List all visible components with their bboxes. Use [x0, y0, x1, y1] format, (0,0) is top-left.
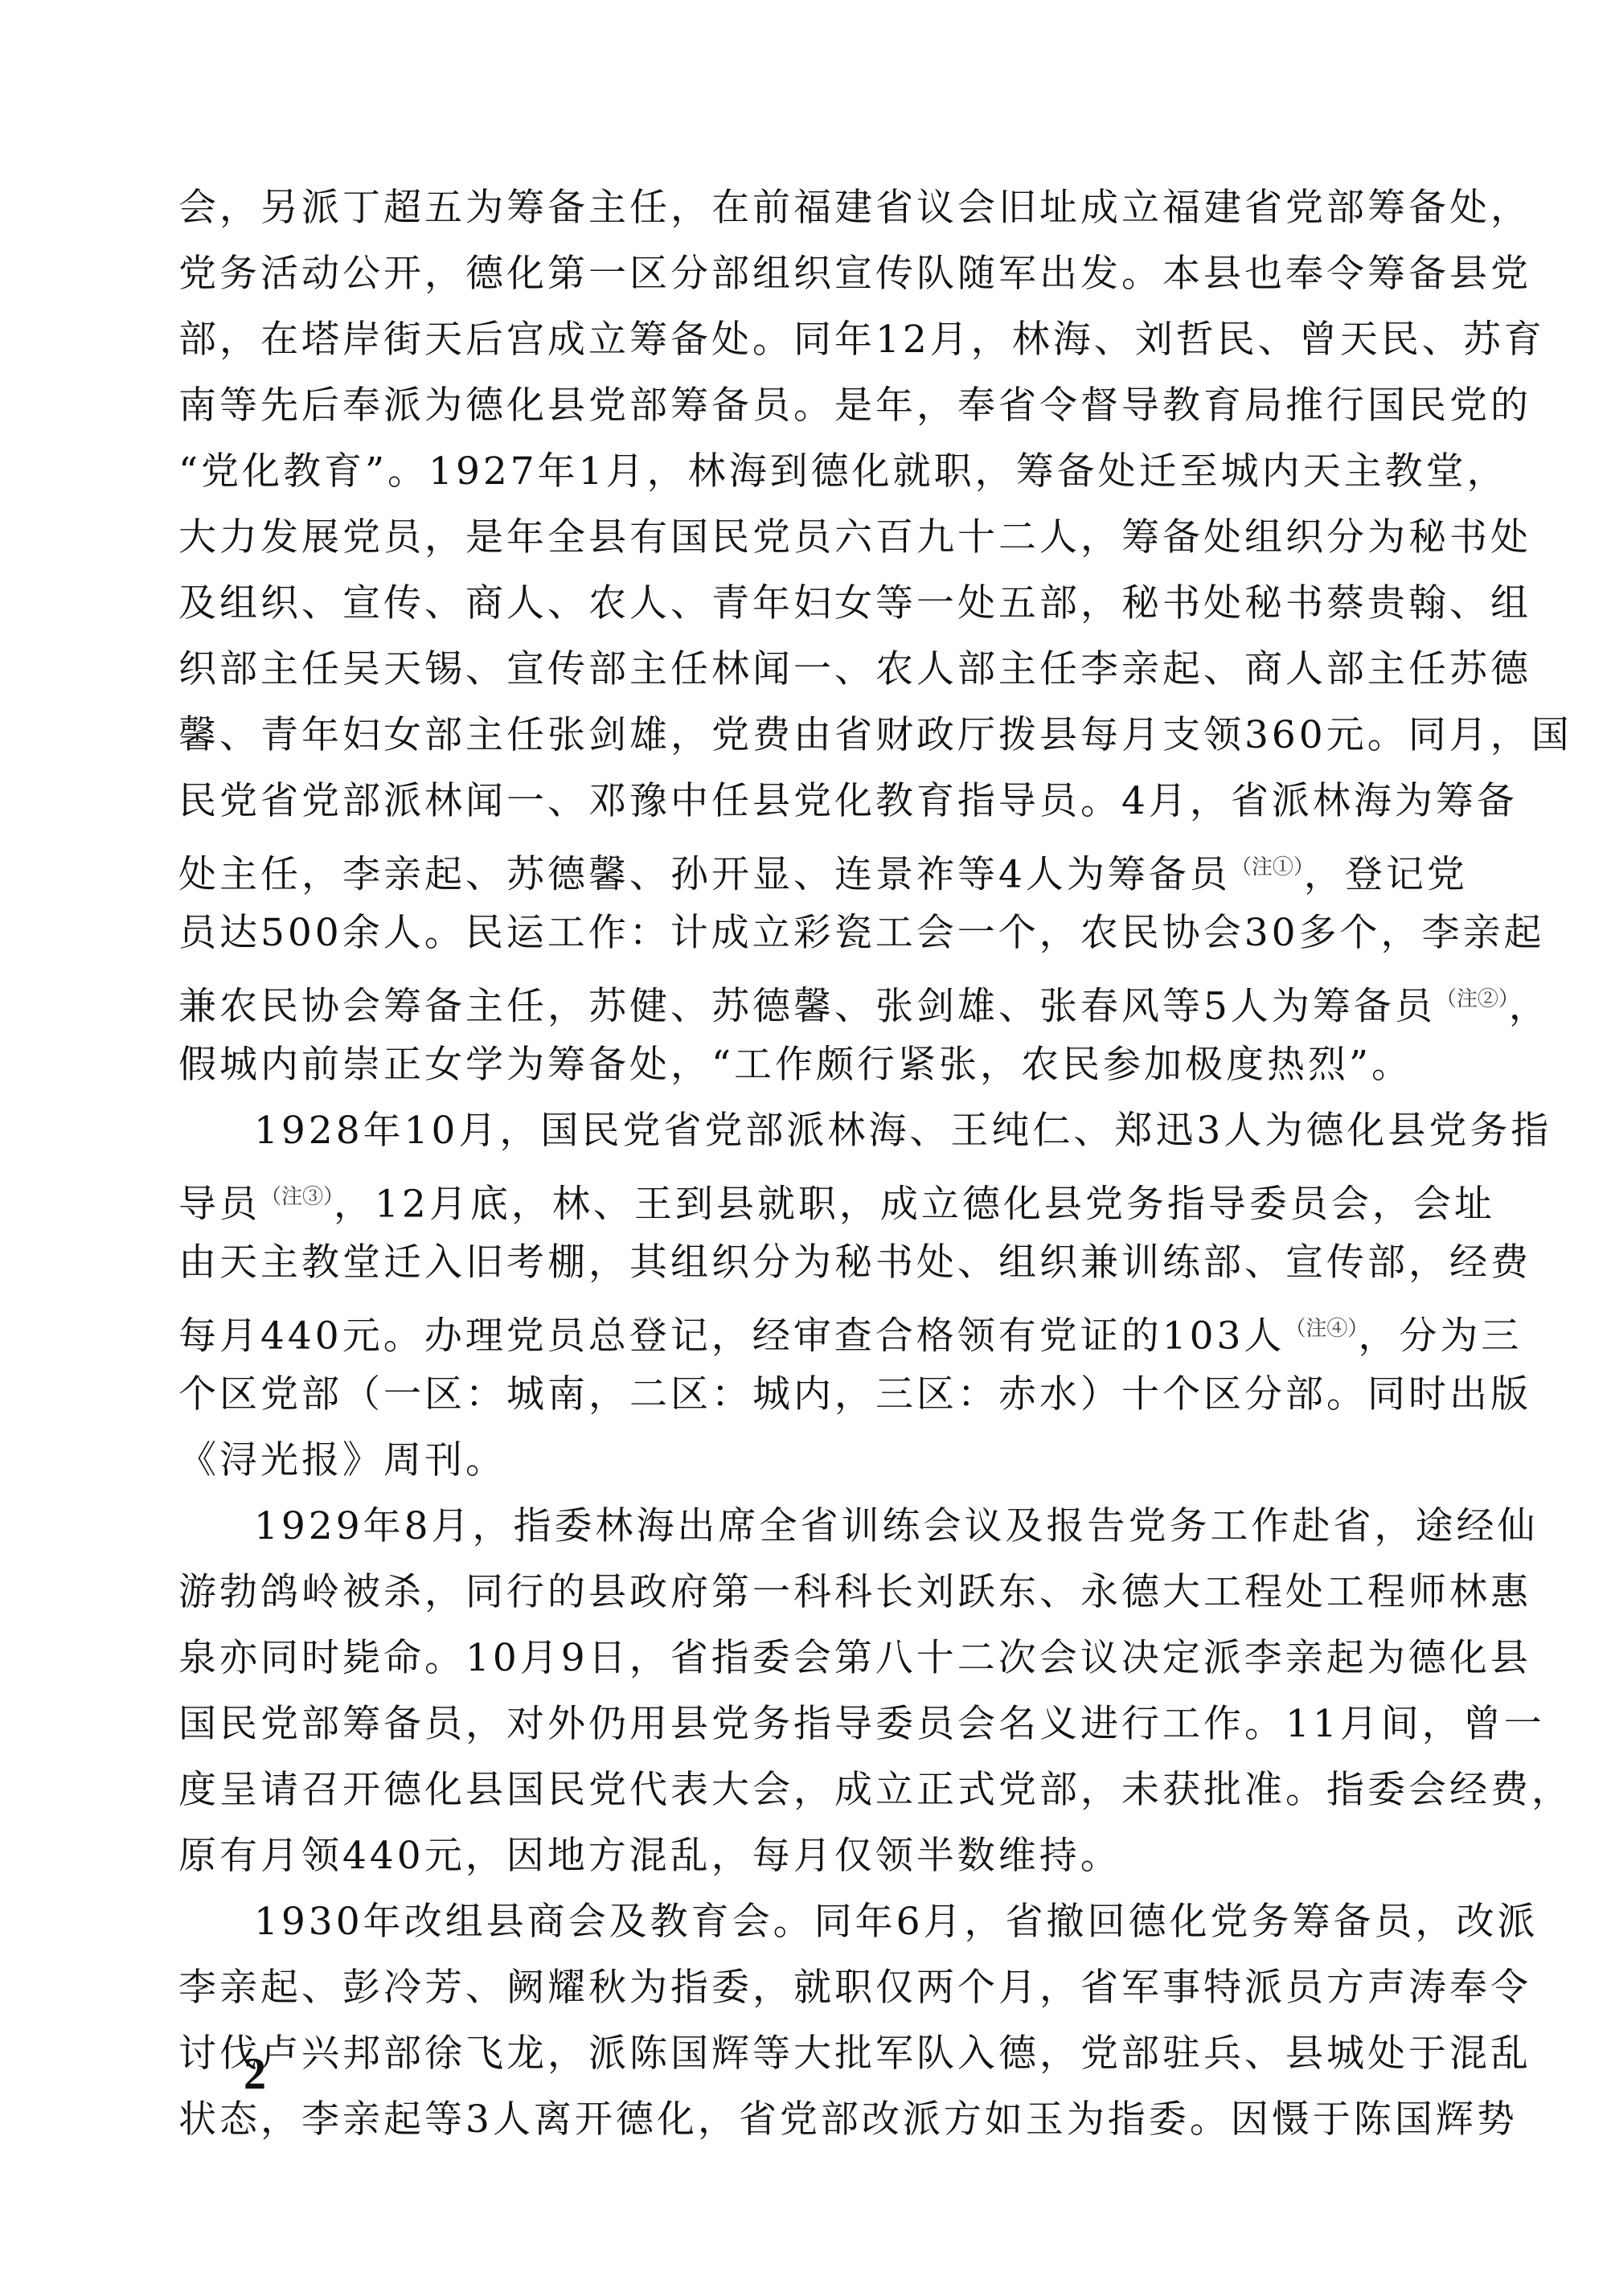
paragraph-2: 1928年10月，国民党省党部派林海、王纯仁、郑迅3人为德化县党务指 导员（注③… [178, 1098, 1441, 1494]
document-page: 会，另派丁超五为筹备主任，在前福建省议会旧址成立福建省党部筹备处， 党务活动公开… [178, 175, 1441, 2153]
paragraph-4: 1930年改组县商会及教育会。同年6月，省撤回德化党务筹备员，改派 李亲起、彭冷… [178, 1889, 1441, 2153]
text-segment: 兼农民协会筹备主任，苏健、苏德馨、张剑雄、张春风等5人为筹备员 [178, 985, 1436, 1029]
footnote-ref-3: （注③） [260, 1185, 334, 1209]
footnote-ref-1: （注①） [1231, 855, 1304, 879]
paragraph-1: 会，另派丁超五为筹备主任，在前福建省议会旧址成立福建省党部筹备处， 党务活动公开… [178, 175, 1441, 1098]
text-segment: ，12月底，林、王到县就职，成立德化县党务指导委员会，会址 [334, 1183, 1495, 1227]
text-line: 假城内前崇正女学为筹备处，“工作颇行紧张，农民参加极度热烈”。 [178, 1032, 1441, 1098]
text-segment: 处主任，李亲起、苏德馨、孙开显、连景祚等4人为筹备员 [178, 853, 1231, 897]
text-line: 1929年8月，指委林海出席全省训练会议及报告党务工作赴省，途经仙 [178, 1494, 1441, 1560]
text-segment: ， [1509, 985, 1550, 1029]
text-line: 会，另派丁超五为筹备主任，在前福建省议会旧址成立福建省党部筹备处， [178, 175, 1441, 241]
text-segment: 每月440元。办理党员总登记，经审查合格领有党证的103人 [178, 1314, 1285, 1359]
text-line: 兼农民协会筹备主任，苏健、苏德馨、张剑雄、张春风等5人为筹备员（注②）， [178, 966, 1441, 1032]
paragraph-3: 1929年8月，指委林海出席全省训练会议及报告党务工作赴省，途经仙 游勃鸽岭被杀… [178, 1494, 1441, 1889]
footnote-ref-2: （注②） [1436, 987, 1509, 1011]
text-line: 民党省党部派林闻一、邓豫中任县党化教育指导员。4月，省派林海为筹备 [178, 769, 1441, 834]
text-line: 游勃鸽岭被杀，同行的县政府第一科科长刘跃东、永德大工程处工程师林惠 [178, 1560, 1441, 1626]
text-line: 个区党部（一区：城南，二区：城内，三区：赤水）十个区分部。同时出版 [178, 1362, 1441, 1428]
text-line: 处主任，李亲起、苏德馨、孙开显、连景祚等4人为筹备员（注①），登记党 [178, 834, 1441, 900]
text-segment: ，登记党 [1304, 853, 1468, 897]
text-line: 李亲起、彭冷芳、阙耀秋为指委，就职仅两个月，省军事特派员方声涛奉令 [178, 1955, 1441, 2021]
text-line: 泉亦同时毙命。10月9日，省指委会第八十二次会议决定派李亲起为德化县 [178, 1626, 1441, 1691]
text-line: 1928年10月，国民党省党部派林海、王纯仁、郑迅3人为德化县党务指 [178, 1098, 1441, 1164]
text-line: 党务活动公开，德化第一区分部组织宣传队随军出发。本县也奉令筹备县党 [178, 241, 1441, 307]
text-line: 原有月领440元，因地方混乱，每月仅领半数维持。 [178, 1823, 1441, 1889]
text-line: 讨伐卢兴邦部徐飞龙，派陈国辉等大批军队入德，党部驻兵、县城处于混乱 [178, 2021, 1441, 2087]
text-segment: ，分为三 [1358, 1314, 1522, 1359]
footnote-ref-4: （注④） [1285, 1317, 1358, 1341]
text-line: 由天主教堂迁入旧考棚，其组织分为秘书处、组织兼训练部、宣传部，经费 [178, 1230, 1441, 1296]
text-line: 部，在塔岸街天后宫成立筹备处。同年12月，林海、刘哲民、曾天民、苏育 [178, 307, 1441, 373]
text-line: 馨、青年妇女部主任张剑雄，党费由省财政厅拨县每月支领360元。同月，国 [178, 703, 1441, 769]
text-line: 大力发展党员，是年全县有国民党员六百九十二人，筹备处组织分为秘书处 [178, 505, 1441, 571]
text-line: 国民党部筹备员，对外仍用县党务指导委员会名义进行工作。11月间，曾一 [178, 1691, 1441, 1757]
text-line: 每月440元。办理党员总登记，经审查合格领有党证的103人（注④），分为三 [178, 1296, 1441, 1362]
text-line: “党化教育”。1927年1月，林海到德化就职，筹备处迁至城内天主教堂， [178, 439, 1441, 505]
page-number: 2 [244, 2048, 266, 2100]
text-line: 员达500余人。民运工作：计成立彩瓷工会一个，农民协会30多个，李亲起 [178, 900, 1441, 966]
text-line: 织部主任吴天锡、宣传部主任林闻一、农人部主任李亲起、商人部主任苏德 [178, 637, 1441, 703]
text-line: 1930年改组县商会及教育会。同年6月，省撤回德化党务筹备员，改派 [178, 1889, 1441, 1955]
text-segment: 导员 [178, 1183, 260, 1227]
text-line: 导员（注③），12月底，林、王到县就职，成立德化县党务指导委员会，会址 [178, 1164, 1441, 1230]
text-line: 状态，李亲起等3人离开德化，省党部改派方如玉为指委。因慑于陈国辉势 [178, 2087, 1441, 2153]
text-line: 及组织、宣传、商人、农人、青年妇女等一处五部，秘书处秘书蔡贵翰、组 [178, 571, 1441, 637]
text-line: 南等先后奉派为德化县党部筹备员。是年，奉省令督导教育局推行国民党的 [178, 373, 1441, 439]
text-line: 度呈请召开德化县国民党代表大会，成立正式党部，未获批准。指委会经费， [178, 1757, 1441, 1823]
text-line: 《浔光报》周刊。 [178, 1428, 1441, 1494]
